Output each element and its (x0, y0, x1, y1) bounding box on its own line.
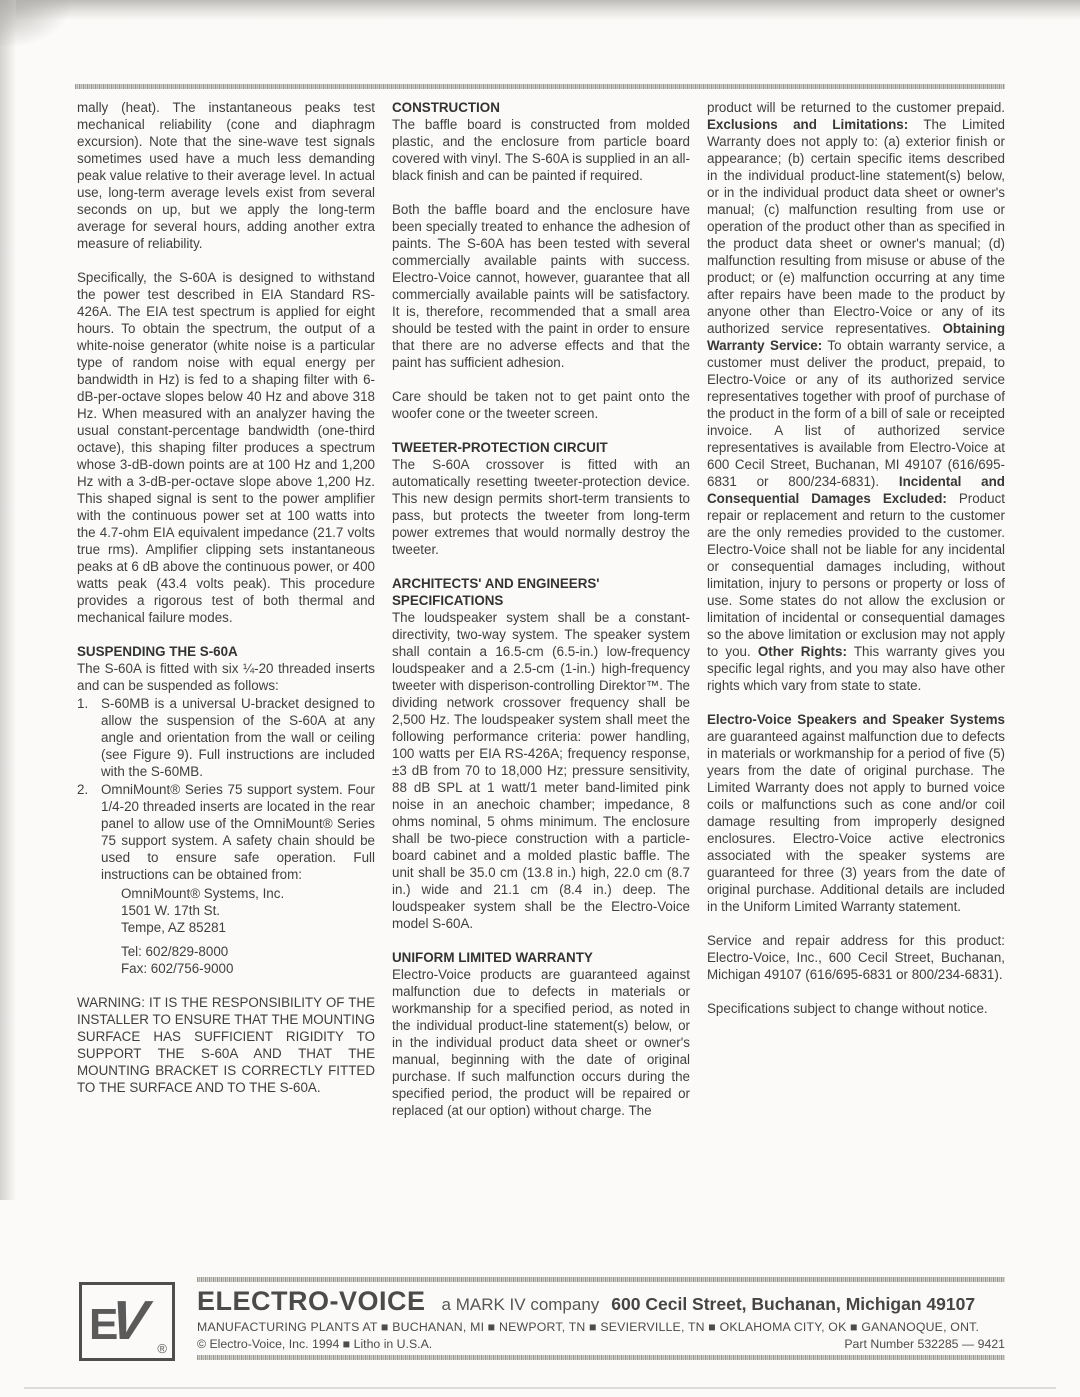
ev-logo-letters: EV (89, 1288, 148, 1352)
address-line: Tempe, AZ 85281 (121, 919, 375, 936)
warranty-text: Product repair or replacement and return… (707, 491, 1005, 659)
installer-warning-paragraph: WARNING: IT IS THE RESPONSIBILITY OF THE… (77, 994, 375, 1096)
list-number: 1. (77, 695, 101, 780)
list-number: 2. (77, 781, 101, 883)
fax-line: Fax: 602/756-9000 (121, 960, 375, 977)
brand-name: ELECTRO-VOICE (197, 1286, 426, 1317)
scan-edge-corner (0, 0, 70, 46)
other-rights-label: Other Rights: (758, 644, 847, 659)
uniform-warranty-paragraph: Electro-Voice products are guaranteed ag… (392, 966, 690, 1119)
part-number: Part Number 532285 — 9421 (844, 1337, 1005, 1351)
manufacturing-plants-line: MANUFACTURING PLANTS AT ■ BUCHANAN, MI ■… (197, 1320, 1005, 1334)
warranty-text: The Limited Warranty does not apply to: … (707, 117, 1005, 336)
column-middle: CONSTRUCTION The baffle board is constru… (392, 99, 690, 1119)
company-address: 600 Cecil Street, Buchanan, Michigan 491… (611, 1294, 975, 1315)
column-left: mally (heat). The instantaneous peaks te… (77, 99, 375, 1119)
footer-text-block: ELECTRO-VOICE a MARK IV company 600 Ceci… (197, 1277, 1005, 1360)
suspending-heading: SUSPENDING THE S-60A (77, 643, 375, 660)
warranty-text: product will be returned to the customer… (707, 100, 1005, 115)
footer: EV ® ELECTRO-VOICE a MARK IV company 600… (77, 1277, 1005, 1360)
column-right: product will be returned to the customer… (707, 99, 1005, 1119)
logo-letter-v: V (108, 1288, 151, 1352)
company-tagline: a MARK IV company (442, 1295, 600, 1315)
list-item-text: S-60MB is a universal U-bracket designed… (101, 695, 375, 780)
footer-legal-row: © Electro-Voice, Inc. 1994 ■ Litho in U.… (197, 1337, 1005, 1351)
address-line: OmniMount® Systems, Inc. (121, 885, 375, 902)
service-address-paragraph: Service and repair address for this prod… (707, 932, 1005, 983)
scan-edge-left (0, 0, 16, 1200)
construction-paragraph-2: Both the baffle board and the enclosure … (392, 201, 690, 371)
speakers-warranty-label: Electro-Voice Speakers and Speaker Syste… (707, 712, 1005, 727)
eia-standard-paragraph: Specifically, the S-60A is designed to w… (77, 269, 375, 626)
footer-bottom-rule (197, 1355, 1005, 1360)
address-line: 1501 W. 17th St. (121, 902, 375, 919)
list-item-s60mb: 1. S-60MB is a universal U-bracket desig… (77, 695, 375, 780)
construction-heading: CONSTRUCTION (392, 99, 690, 116)
list-item-text: OmniMount® Series 75 support system. Fou… (101, 781, 375, 883)
uniform-warranty-heading: UNIFORM LIMITED WARRANTY (392, 949, 690, 966)
speakers-warranty-text: are guaranteed against malfunction due t… (707, 729, 1005, 914)
footer-brand-row: ELECTRO-VOICE a MARK IV company 600 Ceci… (197, 1286, 1005, 1317)
specifications-paragraph: The loudspeaker system shall be a consta… (392, 609, 690, 932)
copyright-line: © Electro-Voice, Inc. 1994 ■ Litho in U.… (197, 1337, 432, 1351)
document-page: mally (heat). The instantaneous peaks te… (0, 0, 1080, 1397)
warranty-continuation-paragraph: product will be returned to the customer… (707, 99, 1005, 694)
specifications-heading: ARCHITECTS' AND ENGINEERS' SPECIFICATION… (392, 575, 690, 609)
construction-paragraph-1: The baffle board is constructed from mol… (392, 116, 690, 184)
text-columns: mally (heat). The instantaneous peaks te… (77, 99, 1005, 1119)
scan-edge-top (0, 0, 1080, 20)
tweeter-protection-heading: TWEETER-PROTECTION CIRCUIT (392, 439, 690, 456)
omnimount-address-block: OmniMount® Systems, Inc. 1501 W. 17th St… (121, 885, 375, 977)
exclusions-limitations-label: Exclusions and Limitations: (707, 117, 908, 132)
scan-edge-bottom (24, 1387, 1056, 1389)
top-divider-rule (75, 84, 1005, 89)
phone-line: Tel: 602/829-8000 (121, 943, 375, 960)
footer-top-rule (197, 1277, 1005, 1282)
registered-trademark-icon: ® (157, 1341, 167, 1356)
warranty-text: To obtain warranty service, a customer m… (707, 338, 1005, 489)
list-item-omnimount: 2. OmniMount® Series 75 support system. … (77, 781, 375, 883)
construction-paragraph-3: Care should be taken not to get paint on… (392, 388, 690, 422)
tweeter-protection-paragraph: The S-60A crossover is fitted with an au… (392, 456, 690, 558)
suspending-intro: The S-60A is fitted with six ¼-20 thread… (77, 660, 375, 694)
speakers-warranty-paragraph: Electro-Voice Speakers and Speaker Syste… (707, 711, 1005, 915)
specifications-notice-paragraph: Specifications subject to change without… (707, 1000, 1005, 1017)
electro-voice-logo: EV ® (79, 1282, 175, 1361)
power-test-paragraph: mally (heat). The instantaneous peaks te… (77, 99, 375, 252)
